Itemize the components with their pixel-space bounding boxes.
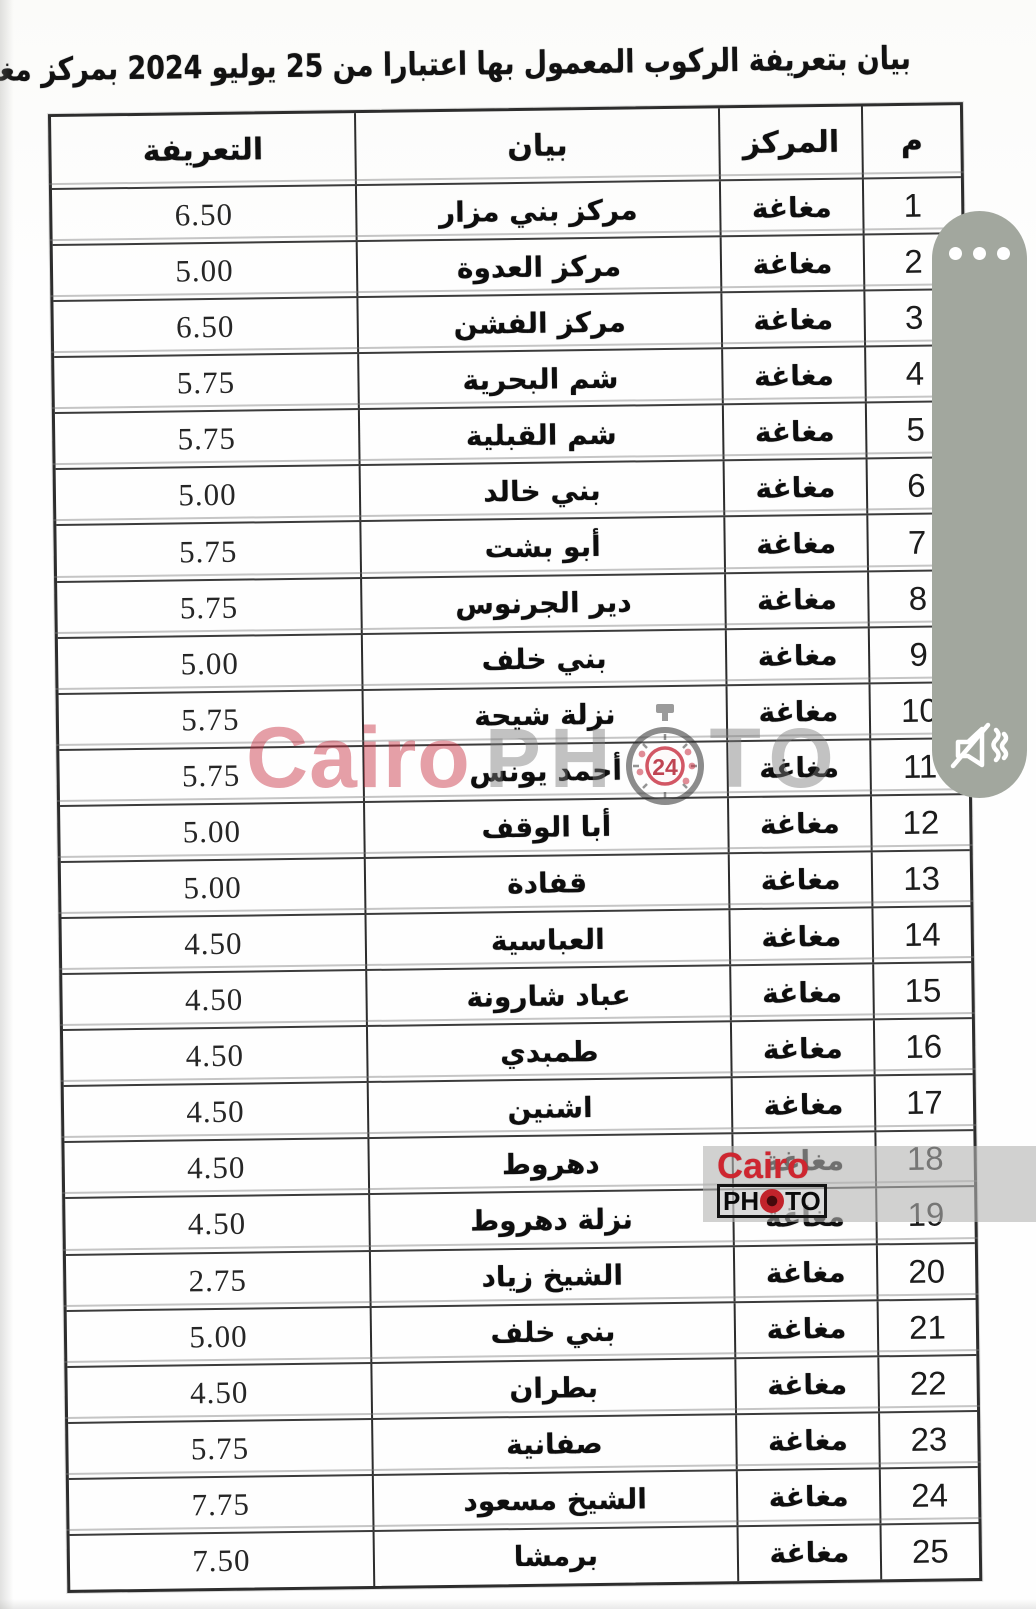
number-cell: 20 <box>878 1244 976 1299</box>
header-center: المركز <box>720 106 864 179</box>
center-cell: مغاغة <box>734 1189 878 1245</box>
center-cell: مغاغة <box>732 1021 876 1077</box>
table-row: 7.50 برمشا مغاغة 25 <box>70 1522 980 1590</box>
center-cell: مغاغة <box>722 292 866 348</box>
header-fare: التعريفة <box>51 113 357 188</box>
muted-speaker-icon <box>950 716 1010 772</box>
fare-cell: 7.50 <box>70 1532 376 1590</box>
document-title: بيان بتعريفة الركوب المعمول بها اعتبارا … <box>108 39 912 88</box>
number-cell: 19 <box>877 1188 975 1243</box>
dot-icon <box>997 247 1010 260</box>
center-cell: مغاغة <box>735 1245 879 1301</box>
center-cell: مغاغة <box>723 348 867 404</box>
center-cell: مغاغة <box>737 1413 881 1469</box>
fare-table-rows: 6.50 مركز بني مزار مغاغة 1 5.00 مركز الع… <box>52 176 979 1590</box>
mute-button[interactable] <box>950 716 1010 772</box>
scanned-document: بيان بتعريفة الركوب المعمول بها اعتبارا … <box>0 0 1036 1609</box>
center-cell: مغاغة <box>726 572 870 628</box>
center-cell: مغاغة <box>736 1301 880 1357</box>
center-cell: مغاغة <box>739 1525 883 1581</box>
dot-icon <box>949 247 962 260</box>
number-cell: 14 <box>873 907 971 962</box>
center-cell: مغاغة <box>738 1469 882 1525</box>
fare-table-header: التعريفة بيان المركز م <box>51 105 961 188</box>
scan-edge-shadow-left <box>0 0 16 1609</box>
center-cell: مغاغة <box>736 1357 880 1413</box>
number-cell: 16 <box>875 1019 973 1074</box>
center-cell: مغاغة <box>724 404 868 460</box>
scan-edge-shadow-bottom <box>0 1599 1036 1609</box>
center-cell: مغاغة <box>727 628 871 684</box>
number-cell: 22 <box>879 1356 977 1411</box>
center-cell: مغاغة <box>722 235 866 291</box>
name-cell: برمشا <box>375 1527 740 1586</box>
center-cell: مغاغة <box>725 516 869 572</box>
center-cell: مغاغة <box>721 179 865 235</box>
center-cell: مغاغة <box>725 460 869 516</box>
center-cell: مغاغة <box>729 796 873 852</box>
number-cell: 18 <box>876 1131 974 1186</box>
side-action-pill <box>932 211 1027 798</box>
center-cell: مغاغة <box>731 964 875 1020</box>
screenshot-root: بيان بتعريفة الركوب المعمول بها اعتبارا … <box>0 0 1036 1609</box>
center-cell: مغاغة <box>728 684 872 740</box>
header-name: بيان <box>356 108 721 184</box>
fare-table: التعريفة بيان المركز م 6.50 مركز بني مزا… <box>48 102 982 1593</box>
number-cell: 15 <box>874 963 972 1018</box>
number-cell: 17 <box>876 1075 974 1130</box>
center-cell: مغاغة <box>730 852 874 908</box>
center-cell: مغاغة <box>728 740 872 796</box>
center-cell: مغاغة <box>730 908 874 964</box>
number-cell: 21 <box>879 1300 977 1355</box>
number-cell: 13 <box>873 851 971 906</box>
number-cell: 24 <box>881 1468 979 1523</box>
header-num: م <box>863 105 961 177</box>
dot-icon <box>973 247 986 260</box>
number-cell: 12 <box>872 795 970 850</box>
center-cell: مغاغة <box>733 1133 877 1189</box>
number-cell: 25 <box>882 1524 980 1579</box>
more-options-button[interactable] <box>949 247 1010 260</box>
center-cell: مغاغة <box>733 1077 877 1133</box>
number-cell: 23 <box>880 1412 978 1467</box>
